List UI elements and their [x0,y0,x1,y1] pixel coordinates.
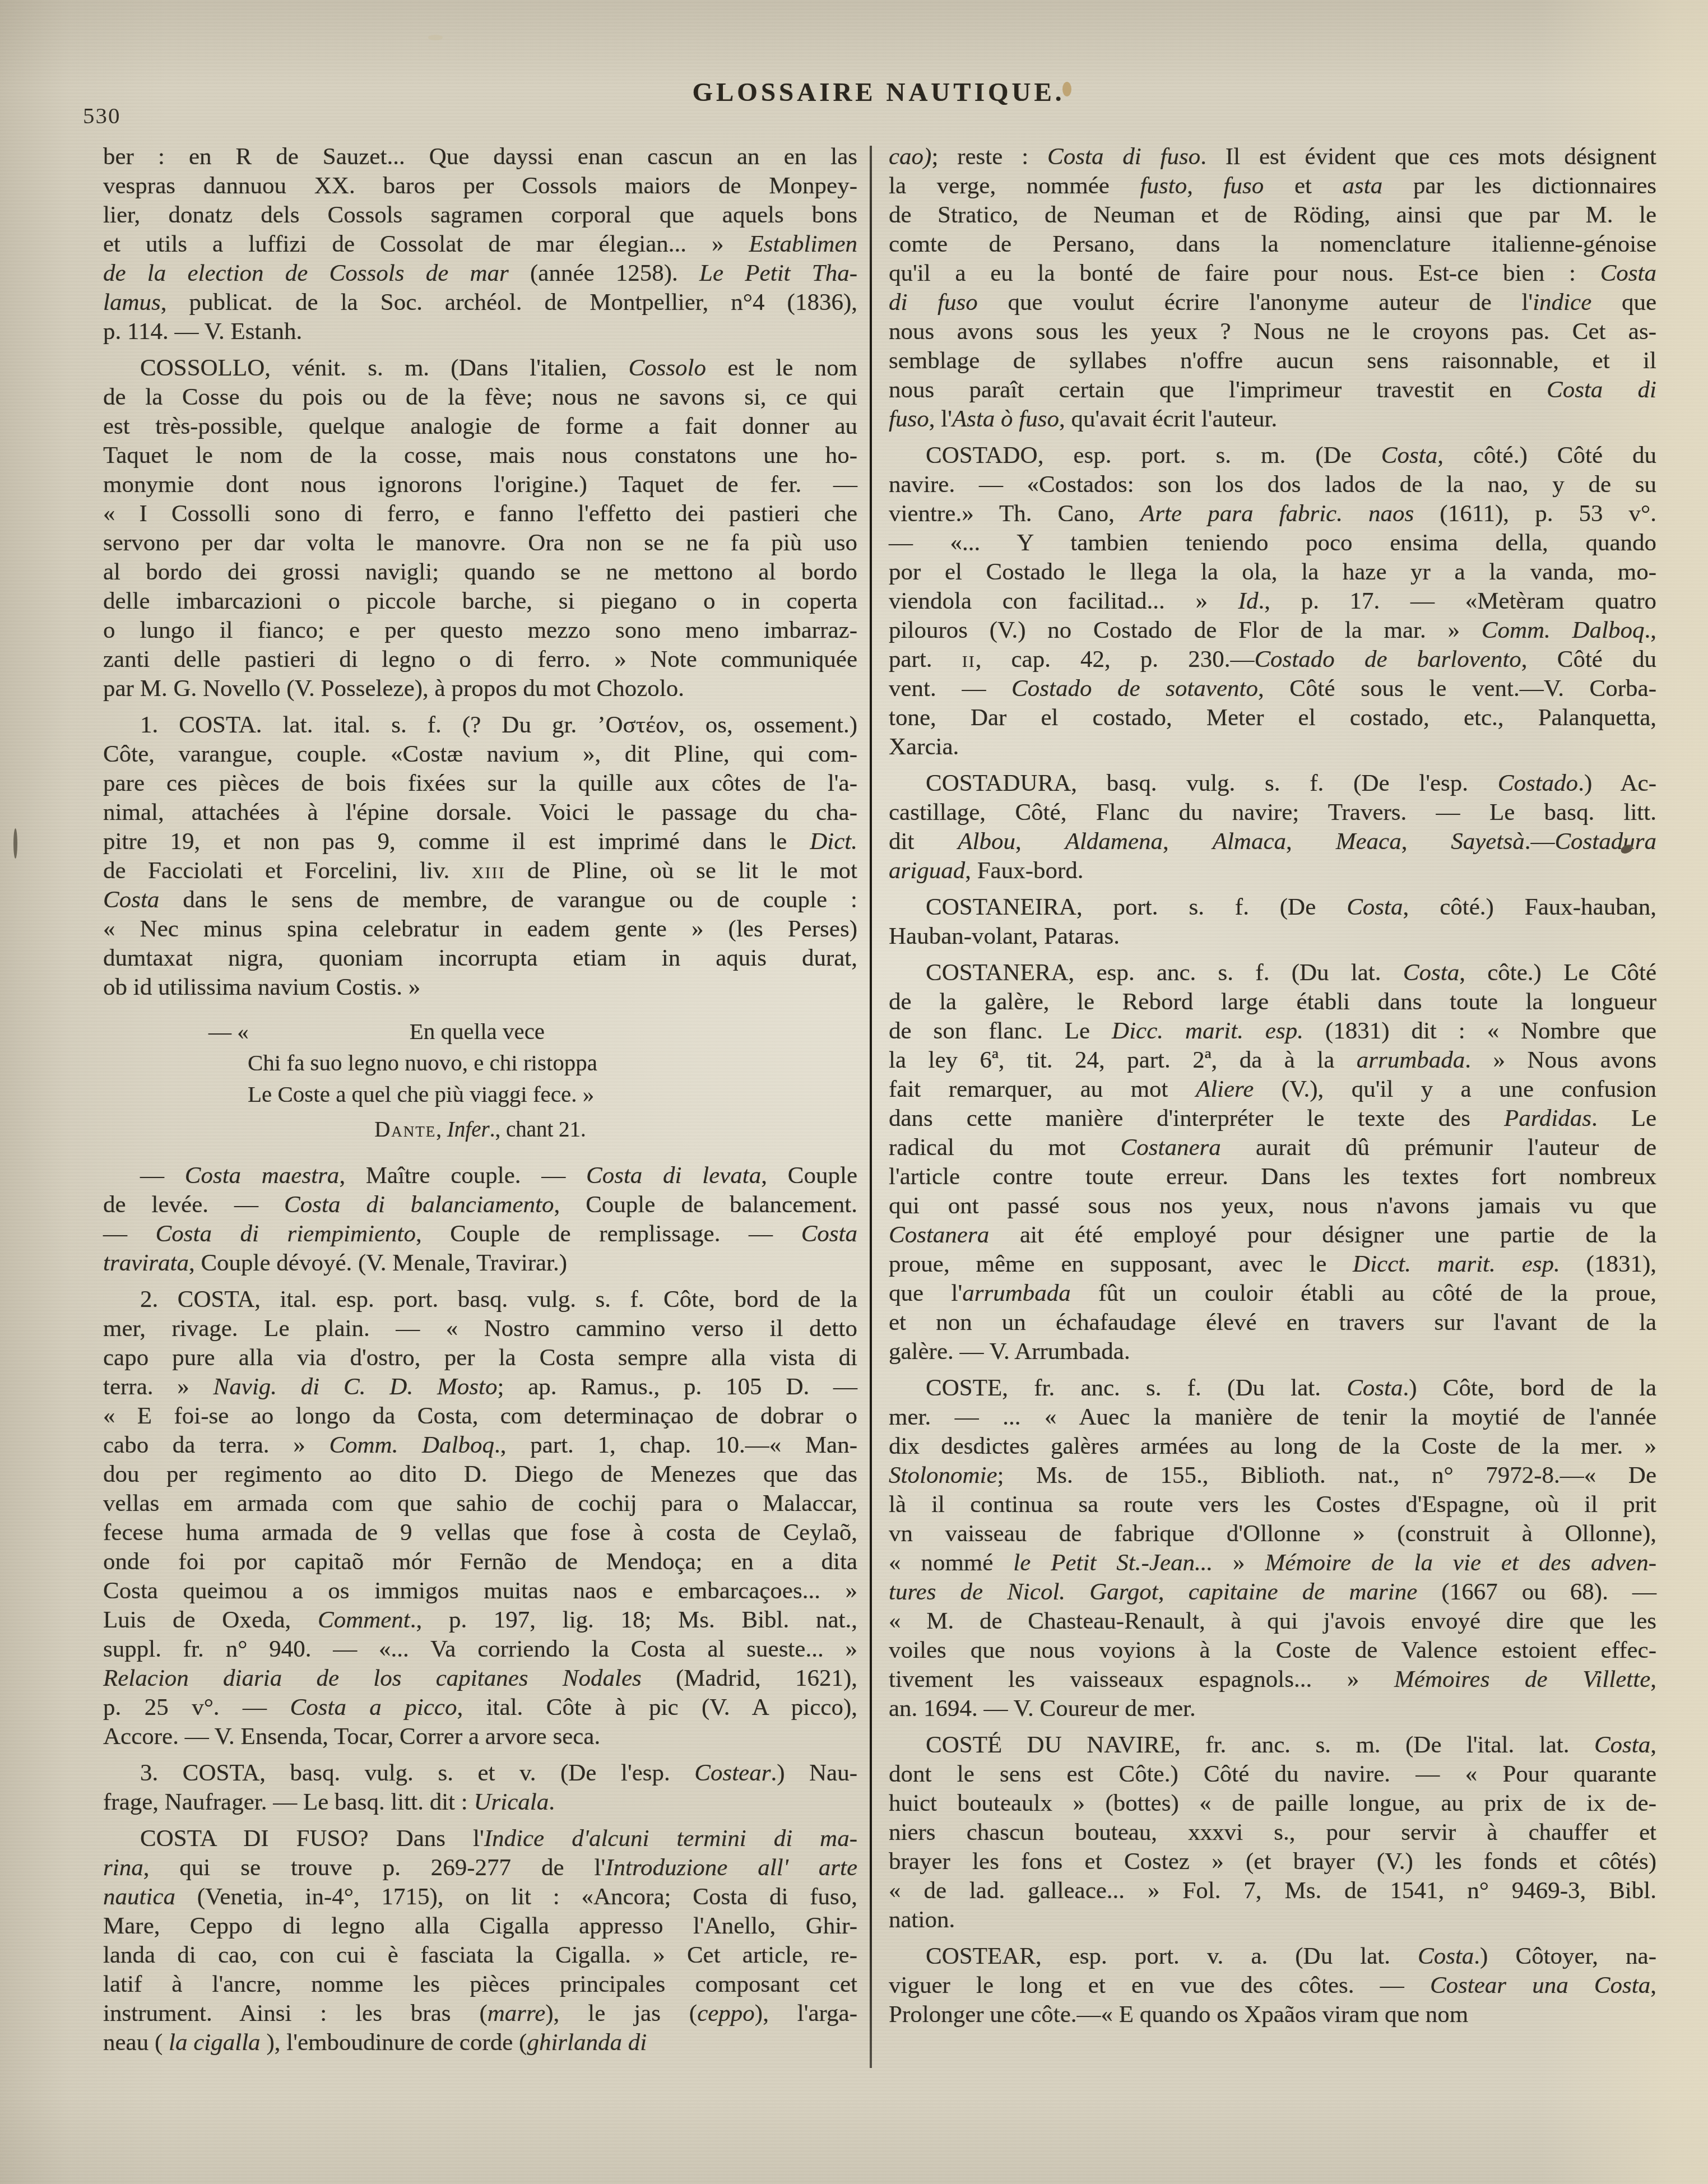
text-run: mer, rivage. Le plain. — « Nostro cammin… [103,1315,857,1342]
italic-text-run: Costanera [889,1222,989,1248]
text-line: Mare, Ceppo di legno alla Cigalla appres… [103,1912,857,1941]
text-run: , cap. 42, p. 230.— [976,646,1255,673]
text-line: ob id utilissima navium Costis. » [103,973,857,1002]
text-line: de Stratico, de Neuman et de Röding, ain… [889,201,1656,230]
italic-text-run: Albou [958,828,1015,855]
text-run: est très-possible, quelque analogie de f… [103,413,857,439]
italic-text-run: Costa [1347,894,1403,920]
entry-costa-di-fuso-continuation: cao); reste : Costa di fuso. Il est évid… [889,142,1656,434]
italic-text-run: Comm. Dalboq [329,1432,494,1458]
text-run: la verge, nommée [889,173,1140,199]
text-line: vent. — Costado de sotavento, Côté sous … [889,674,1656,703]
text-line: dans cette manière d'interpréter le text… [889,1104,1656,1133]
italic-text-run: Costa di fuso [1047,143,1200,170]
paper-speck [428,35,443,40]
paper-speck [13,828,17,859]
entry-costa-di-fuso: COSTA DI FUSO? Dans l'Indice d'alcuni te… [103,1824,857,2057]
text-line: nimal, attachées à l'épine dorsale. Voic… [103,798,857,827]
text-line: qui ont passé sous nos yeux, nous n'avon… [889,1191,1656,1221]
entry-costa-3: 3. COSTA, basq. vulg. s. et v. (De l'esp… [103,1759,857,1817]
text-run: lier, donatz dels Cossols sagramen corpo… [103,202,857,228]
italic-text-run: Costa [1381,442,1437,469]
text-line: Luis de Oxeda, Comment., p. 197, lig. 18… [103,1606,857,1635]
text-run: que voulut écrire l'anonyme auteur de l' [978,289,1533,316]
text-run: de la Cosse du pois ou de la fève; nous … [103,384,857,410]
text-run: proue, même en supposant, avec le [889,1251,1353,1277]
text-run: Mare, Ceppo di legno alla Cigalla appres… [103,1913,857,1939]
entry-costa-2: 2. COSTA, ital. esp. port. basq. vulg. s… [103,1285,857,1751]
text-run: dou per regimento ao dito D. Diego de Me… [103,1461,857,1487]
text-line: fecese huma armada de 9 vellas que fose … [103,1518,857,1547]
text-run: COSTA DI FUSO? Dans l' [140,1825,484,1852]
text-run: ; ap. Ramus., p. 105 D. — [497,1374,857,1400]
italic-text-run: Dicct. marit. esp. [1353,1251,1560,1277]
entry-costaneira: COSTANEIRA, port. s. f. (De Costa, côté.… [889,893,1656,951]
text-run: capo pure alla via d'ostro, per la Costa… [103,1344,857,1371]
italic-text-run: nautica [103,1884,175,1910]
text-run: par les dictionnaires [1382,173,1656,199]
text-run: dans cette manière d'interpréter le text… [889,1105,1504,1132]
text-run: niers chascun bouteau, xxxvi s., pour se… [889,1819,1656,1845]
text-run: , [1286,828,1336,855]
text-run: ., [1645,617,1657,643]
text-line: « nommé le Petit St.-Jean... » Mémoire d… [889,1548,1656,1578]
text-run: — «... Y tambien teniendo poco ensima de… [889,530,1656,556]
text-line: brayer les fons et Costez » (et brayer (… [889,1847,1656,1876]
text-line: onde foi por capitaõ mór Fernão de Mendo… [103,1547,857,1576]
text-line: frage, Naufrager. — Le basq. litt. dit :… [103,1788,857,1817]
text-line: Prolonger une côte.—« E quando os Xpaãos… [889,2000,1656,2029]
text-line: al bordo dei grossi navigli; quando se n… [103,558,857,587]
text-run: 3. COSTA, basq. vulg. s. et v. (De l'esp… [140,1760,694,1786]
text-run: COSTANEIRA, port. s. f. (De [926,894,1347,920]
italic-text-run: Costa [1418,1943,1474,1969]
text-run: galère. — V. Arrumbada. [889,1338,1130,1365]
text-line: latif à l'ancre, nomme les pièces princi… [103,1970,857,1999]
text-line: lier, donatz dels Cossols sagramen corpo… [103,201,857,230]
italic-text-run: fusto [1140,173,1187,199]
text-line: de Facciolati et Forcelini, liv. xiii de… [103,856,857,885]
text-line: Dante, Infer., chant 21. [103,1115,857,1144]
text-run: la ley 6ª, tit. 24, part. 2ª, da à la [889,1047,1357,1073]
text-run: . » Nous avons [1465,1047,1656,1073]
italic-text-run: Establimen [749,231,857,257]
text-line: viendola con facilitad... » Id., p. 17. … [889,587,1656,616]
text-line: nous paraît certain que l'imprimeur trav… [889,375,1656,405]
text-run: ii [962,646,976,673]
italic-text-run: Indice d'alcuni termini di ma- [484,1825,857,1852]
text-line: COSTADO, esp. port. s. m. (De Costa, côt… [889,441,1656,470]
text-line: galère. — V. Arrumbada. [889,1337,1656,1366]
text-line: « I Cossolli sono di ferro, e fanno l'ef… [103,499,857,528]
text-run: suppl. fr. n° 940. — «... Va corriendo l… [103,1636,857,1662]
text-run: (1611), p. 53 v°. [1414,500,1656,527]
text-line: nation. [889,1905,1656,1935]
text-line: fait remarquer, au mot Aliere (V.), qu'i… [889,1075,1656,1104]
text-line: de son flanc. Le Dicc. marit. esp. (1831… [889,1017,1656,1046]
text-line: fuso, l'Asta ò fuso, qu'avait écrit l'au… [889,405,1656,434]
text-run: , qu'avait écrit l'auteur. [1059,406,1277,432]
italic-text-run: Uricala [474,1789,549,1815]
text-line: — « En quella vece [147,1016,857,1047]
entry-costadura: COSTADURA, basq. vulg. s. f. (De l'esp. … [889,769,1656,885]
italic-text-run: Costa [801,1221,857,1247]
text-run: l'article contre toute erreur. Dans les … [889,1163,1656,1190]
italic-text-run: Costa di levata [586,1162,761,1189]
text-run: (Madrid, 1621), [642,1665,857,1691]
text-line: tures de Nicol. Gargot, capitaine de mar… [889,1578,1656,1607]
text-run: latif à l'ancre, nomme les pièces princi… [103,1971,857,1997]
text-line: Costa queimou a os immigos muitas naos e… [103,1576,857,1606]
text-line: niers chascun bouteau, xxxvi s., pour se… [889,1818,1656,1847]
text-line: Côte, varangue, couple. «Costæ navium »,… [103,740,857,769]
text-run: an. 1694. — V. Coureur de mer. [889,1695,1196,1722]
text-line: COSTANEIRA, port. s. f. (De Costa, côté.… [889,893,1656,922]
italic-text-run: Costa di riempimiento [156,1221,416,1247]
italic-text-run: Costa [103,887,159,913]
text-line: COSTADURA, basq. vulg. s. f. (De l'esp. … [889,769,1656,798]
entry-cossollo: COSSOLLO, vénit. s. m. (Dans l'italien, … [103,354,857,703]
text-line: navire. — «Costados: son los dos lados d… [889,470,1656,499]
text-line: « E foi-se ao longo da Costa, com determ… [103,1402,857,1431]
italic-text-run: marre [488,2000,546,2027]
text-run: — [140,1162,185,1189]
text-line: terra. » Navig. di C. D. Mosto; ap. Ramu… [103,1372,857,1402]
text-run: « I Cossolli sono di ferro, e fanno l'ef… [103,500,857,527]
text-run: navire. — «Costados: son los dos lados d… [889,471,1656,498]
text-run: Chi fa suo legno nuovo, e chi ristoppa [248,1050,597,1075]
text-run: nation. [889,1907,955,1933]
text-run: nous paraît certain que l'imprimeur trav… [889,377,1547,403]
text-run: pilouros (V.) no Costado de Flor de la m… [889,617,1482,643]
text-line: comte de Persano, dans la nomenclature i… [889,230,1656,259]
text-line: monymie dont nous ignorons l'origine.) T… [103,470,857,499]
text-line: lamus, publicat. de la Soc. archéol. de … [103,288,857,317]
italic-text-run: le Petit St.-Jean... [1013,1550,1213,1576]
text-run: — « En quella vece [208,1018,545,1044]
text-run: cabo da terra. » [103,1432,329,1458]
text-run: dans le sens de membre, de varangue ou d… [159,887,857,913]
text-run: p. 25 v°. — [103,1694,290,1721]
text-run: , [436,1117,447,1142]
text-run: , [1650,1972,1656,1998]
italic-text-run: Costa di [1547,377,1656,403]
text-run: , publicat. de la Soc. archéol. de Montp… [161,289,857,316]
italic-text-run: Costa [1403,959,1459,986]
text-run: nous avons sous les yeux ? Nous ne le cr… [889,318,1656,345]
text-line: de la Cosse du pois ou de la fève; nous … [103,383,857,412]
text-run: , Côté du [1521,646,1656,673]
text-line: mer. — ... « Auec la manière de tenir la… [889,1403,1656,1432]
text-run: delle imbarcazioni o piccole barche, si … [103,588,857,614]
italic-text-run: Cossolo [628,355,706,381]
text-run: par M. G. Novello (V. Posseleze), à prop… [103,675,684,702]
text-line: cabo da terra. » Comm. Dalboq., part. 1,… [103,1431,857,1460]
text-run: Luis de Oxeda, [103,1607,318,1633]
text-line: servono per dar volta le manovre. Ora no… [103,528,857,558]
text-line: et utils a luffizi de Cossolat de mar él… [103,230,857,259]
italic-text-run: Id [1238,588,1259,614]
italic-text-run: Costa di balanciamento [284,1191,554,1218]
text-run: « nommé [889,1550,1013,1576]
italic-text-run: indice [1533,289,1591,316]
text-line: proue, même en supposant, avec le Dicct.… [889,1250,1656,1279]
text-run: COSTE, fr. anc. s. f. (Du lat. [926,1375,1347,1401]
text-run: servono per dar volta le manovre. Ora no… [103,530,857,556]
text-line: est très-possible, quelque analogie de f… [103,412,857,441]
text-run: , côté.) Faux-hauban, [1403,894,1656,920]
text-run: COSTADURA, basq. vulg. s. f. (De l'esp. [926,770,1498,796]
text-run: et non un échafaudage élevé en travers s… [889,1309,1656,1336]
text-run: « Nec minus spina celebratur in eadem ge… [103,916,857,942]
text-line: viguer le long et en vue des côtes. — Co… [889,1971,1656,2000]
text-line: Stolonomie; Ms. de 155., Biblioth. nat.,… [889,1461,1656,1490]
italic-text-run: arrumbada [962,1280,1071,1306]
text-run: Xarcia. [889,734,959,760]
text-line: dumtaxat nigra, quoniam incorrupta etiam… [103,944,857,973]
text-run: ait été employé pour désigner une partie… [989,1222,1656,1248]
right-column: cao); reste : Costa di fuso. Il est évid… [889,142,1656,2037]
text-line: Le Coste a quel che più viaggi fece. » [147,1078,857,1110]
text-line: pitre 19, et non pas 9, comme il est imp… [103,827,857,856]
text-run: (1831), [1560,1251,1656,1277]
italic-text-run: Infer [447,1117,490,1142]
text-run: COSTEAR, esp. port. v. a. (Du lat. [926,1943,1418,1969]
text-line: voiles que nous voyions à la Coste de Va… [889,1636,1656,1665]
text-run: castillage, Côté, Flanc du navire; Trave… [889,799,1656,826]
text-run: Dante [374,1117,436,1142]
text-line: zanti delle pastieri di legno o di ferro… [103,645,857,674]
text-line: cao); reste : Costa di fuso. Il est évid… [889,142,1656,171]
text-line: 2. COSTA, ital. esp. port. basq. vulg. s… [103,1285,857,1314]
italic-text-run: Le Petit Tha- [699,260,857,286]
italic-text-run: fuso [889,406,929,432]
italic-text-run: Costear [694,1760,771,1786]
text-run: viendola con facilitad... » [889,588,1238,614]
text-line: huict bouteaulx » (bottes) « de paille l… [889,1789,1656,1818]
text-line: instrument. Ainsi : les bras (marre), le… [103,1999,857,2028]
text-line: vientre.» Th. Cano, Arte para fabric. na… [889,499,1656,528]
text-line: vellas em armada com que sahio de cochij… [103,1489,857,1518]
text-line: 1. COSTA. lat. ital. s. f. (? Du gr. ’Οσ… [103,711,857,740]
entry-costa-1: 1. COSTA. lat. ital. s. f. (? Du gr. ’Οσ… [103,711,857,1002]
text-line: o lungo il fianco; e per questo mezzo so… [103,616,857,645]
text-line: capo pure alla via d'ostro, per la Costa… [103,1343,857,1372]
text-line: 3. COSTA, basq. vulg. s. et v. (De l'esp… [103,1759,857,1788]
text-run: , Couple de remplissage. — [416,1221,801,1247]
text-run: terra. » [103,1374,214,1400]
text-run: fecese huma armada de 9 vellas que fose … [103,1519,857,1546]
text-line: Xarcia. [889,732,1656,762]
italic-text-run: Arte para fabric. naos [1140,500,1414,527]
text-run: , [1163,828,1213,855]
text-run: , Couple [761,1162,857,1189]
text-run: frage, Naufrager. — Le basq. litt. dit : [103,1789,474,1815]
italic-text-run: asta [1343,173,1383,199]
text-run: pitre 19, et non pas 9, comme il est imp… [103,828,810,855]
italic-text-run: Comm. Dalboq [1482,617,1645,643]
text-run: dumtaxat nigra, quoniam incorrupta etiam… [103,945,857,971]
text-run: , [1650,1732,1656,1758]
text-run: que [1591,289,1656,316]
text-line: Relacion diaria de los capitanes Nodales… [103,1664,857,1693]
entry-costear: COSTEAR, esp. port. v. a. (Du lat. Costa… [889,1942,1656,2029]
text-run: COSTANERA, esp. anc. s. f. (Du lat. [926,959,1403,986]
text-run: dit [889,828,958,855]
text-run: vellas em armada com que sahio de cochij… [103,1490,857,1517]
text-run: vn vaisseau de fabrique d'Ollonne » (con… [889,1520,1656,1547]
text-line: Costanera ait été employé pour désigner … [889,1221,1656,1250]
italic-text-run: arrumbada [1357,1047,1465,1073]
page-number: 530 [83,102,121,129]
verse-citation: Dante, Infer., chant 21. [103,1115,857,1144]
italic-text-run: Almaca [1213,828,1286,855]
text-run: . [549,1789,555,1815]
text-run: instrument. Ainsi : les bras ( [103,2000,488,2027]
text-line: de la election de Cossols de mar (année … [103,259,857,288]
text-run: , Couple dévoyé. (V. Menale, Travirar.) [189,1250,567,1276]
text-run: qu'il a eu la bonté de faire pour nous. … [889,260,1600,286]
text-line: dont le sens est Côte.) Côté du navire. … [889,1760,1656,1789]
text-run: Le Coste a quel che più viaggi fece. » [248,1081,594,1107]
text-run: « de lad. galleace... » Fol. 7, Ms. de 1… [889,1877,1656,1904]
text-run: est le nom [706,355,857,381]
text-run: ; reste : [931,143,1047,170]
text-run: Taquet le nom de la cosse, mais nous con… [103,442,857,469]
text-run: , Côté sous le vent.—V. Corba- [1258,675,1656,702]
text-run: de la galère, le Rebord large établi dan… [889,989,1656,1015]
italic-text-run: Navig. di C. D. Mosto [214,1374,498,1400]
text-run: ; Ms. de 155., Biblioth. nat., n° 7972-8… [997,1462,1656,1489]
text-run: ), le jas ( [545,2000,697,2027]
italic-text-run: lamus [103,289,161,316]
text-run: ber : en R de Sauzet... Que dayssi enan … [103,143,857,170]
text-run: là il continua sa route vers les Costes … [889,1491,1656,1518]
text-line: rina, qui se trouve p. 269-277 de l'Intr… [103,1853,857,1882]
text-run: .) Côtoyer, na- [1474,1943,1656,1969]
italic-text-run: di fuso [889,289,978,316]
text-run: ), l'emboudinure de corde ( [261,2029,527,2056]
text-run: onde foi por capitaõ mór Fernão de Mendo… [103,1548,857,1575]
text-run: Accore. — V. Ensenda, Tocar, Correr a ar… [103,1723,600,1750]
entry-cossol-continuation: ber : en R de Sauzet... Que dayssi enan … [103,142,857,346]
italic-text-run: Dict. [810,828,857,855]
column-divider-rule [870,146,872,2068]
text-run: .) Ac- [1578,770,1656,796]
text-run: Prolonger une côte.—« E quando os Xpaãos… [889,2001,1468,2028]
text-run: part. [889,646,962,673]
text-line: vespras dannuou XX. baros per Cossols ma… [103,171,857,201]
italic-text-run: Comment [318,1607,410,1633]
text-run: de levée. — [103,1191,284,1218]
italic-text-run: de la election de Cossols de mar [103,260,530,286]
italic-text-run: Mémoires de Villette [1394,1666,1650,1693]
text-run: (V.), qu'il y a une confusion [1254,1076,1656,1102]
text-run: tivement les vaisseaux espagnols... » [889,1666,1394,1693]
text-run: voiles que nous voyions à la Coste de Va… [889,1637,1656,1663]
italic-text-run: Asta ò fuso [952,406,1059,432]
text-line: vn vaisseau de fabrique d'Ollonne » (con… [889,1519,1656,1548]
italic-text-run: rina [103,1854,143,1881]
text-run: 2. COSTA, ital. esp. port. basq. vulg. s… [140,1286,857,1313]
text-run: ., p. 17. — «Metèram quatro [1258,588,1656,614]
text-run: » [1213,1550,1265,1576]
text-run: , ital. Côte à pic (V. A picco), [457,1694,857,1721]
text-run: ), l'arga- [755,2000,857,2027]
italic-text-run: Relacion diaria de los capitanes Nodales [103,1665,642,1691]
text-line: tivement les vaisseaux espagnols... » Mé… [889,1665,1656,1694]
text-run: (année 1258). [530,260,699,286]
italic-text-run: Mémoire de la vie et des adven- [1265,1550,1656,1576]
text-run: .) Nau- [771,1760,857,1786]
text-run: monymie dont nous ignorons l'origine.) T… [103,471,857,498]
text-run: fait remarquer, au mot [889,1076,1196,1102]
text-run: ., chant 21. [490,1117,586,1142]
text-line: travirata, Couple dévoyé. (V. Menale, Tr… [103,1249,857,1278]
text-line: nous avons sous les yeux ? Nous ne le cr… [889,317,1656,346]
italic-text-run: Costanera [1121,1134,1221,1161]
text-line: COSTEAR, esp. port. v. a. (Du lat. Costa… [889,1942,1656,1971]
italic-text-run: tures de Nicol. Gargot, capitaine de mar… [889,1579,1417,1605]
text-line: p. 114. — V. Estanh. [103,317,857,346]
italic-text-run: Dicc. marit. esp. [1112,1018,1303,1044]
italic-text-run: travirata [103,1250,189,1276]
paper-speck [1062,82,1071,96]
text-run: « E foi-se ao longo da Costa, com determ… [103,1403,857,1429]
text-run: que l' [889,1280,962,1306]
italic-text-run: Aliere [1196,1076,1254,1102]
text-run: al bordo dei grossi navigli; quando se n… [103,559,857,585]
text-run: COSTADO, esp. port. s. m. (De [926,442,1381,469]
text-line: mer, rivage. Le plain. — « Nostro cammin… [103,1314,857,1343]
text-run: tone, Dar el costado, Meter el costado, … [889,704,1656,731]
text-run: , [1187,173,1223,199]
text-run: , qui se trouve p. 269-277 de l' [143,1854,606,1881]
text-line: la ley 6ª, tit. 24, part. 2ª, da à la ar… [889,1046,1656,1075]
text-line: Costa dans le sens de membre, de varangu… [103,885,857,915]
text-run: zanti delle pastieri di legno o di ferro… [103,646,857,673]
text-line: de levée. — Costa di balanciamento, Coup… [103,1190,857,1219]
italic-text-run: Introduzione all' arte [605,1854,857,1881]
text-run: , l' [929,406,952,432]
text-line: neau ( la cigalla ), l'emboudinure de co… [103,2028,857,2057]
scanned-book-page: GLOSSAIRE NAUTIQUE. 530 ber : en R de Sa… [0,0,1708,2184]
italic-text-run: Costado de barlovento [1254,646,1521,673]
text-line: — «... Y tambien teniendo poco ensima de… [889,528,1656,558]
italic-text-run: cao) [889,143,931,170]
text-line: dit Albou, Aldamena, Almaca, Meaca, Saye… [889,827,1656,856]
text-run: qui ont passé sous nos yeux, nous n'avon… [889,1193,1656,1219]
text-line: radical du mot Costanera aurait dû prému… [889,1133,1656,1162]
entry-coste: COSTE, fr. anc. s. f. (Du lat. Costa.) C… [889,1374,1656,1723]
text-line: nautica (Venetia, in-4°, 1715), on lit :… [103,1882,857,1912]
text-run: dix desdictes galères armées au long de … [889,1433,1656,1459]
text-line: la verge, nommée fusto, fuso et asta par… [889,171,1656,201]
italic-text-run: Costadura [1554,828,1656,855]
text-run: (Venetia, in-4°, 1715), on lit : «Ancora… [175,1884,857,1910]
text-line: que l'arrumbada fût un couloir établi au… [889,1279,1656,1308]
text-run: nimal, attachées à l'épine dorsale. Voic… [103,799,857,826]
italic-text-run: Sayetsà [1451,828,1524,855]
text-run: de son flanc. Le [889,1018,1112,1044]
italic-text-run: Costa [1347,1375,1403,1401]
text-line: par M. G. Novello (V. Posseleze), à prop… [103,674,857,703]
text-run: aurait dû prémunir l'auteur de [1221,1134,1656,1161]
italic-text-run: Costa [1600,260,1656,286]
text-run: — [103,1221,156,1247]
italic-text-run: Costado de sotavento [1011,675,1258,702]
text-line: COSTÉ DU NAVIRE, fr. anc. s. m. (De l'it… [889,1731,1656,1760]
